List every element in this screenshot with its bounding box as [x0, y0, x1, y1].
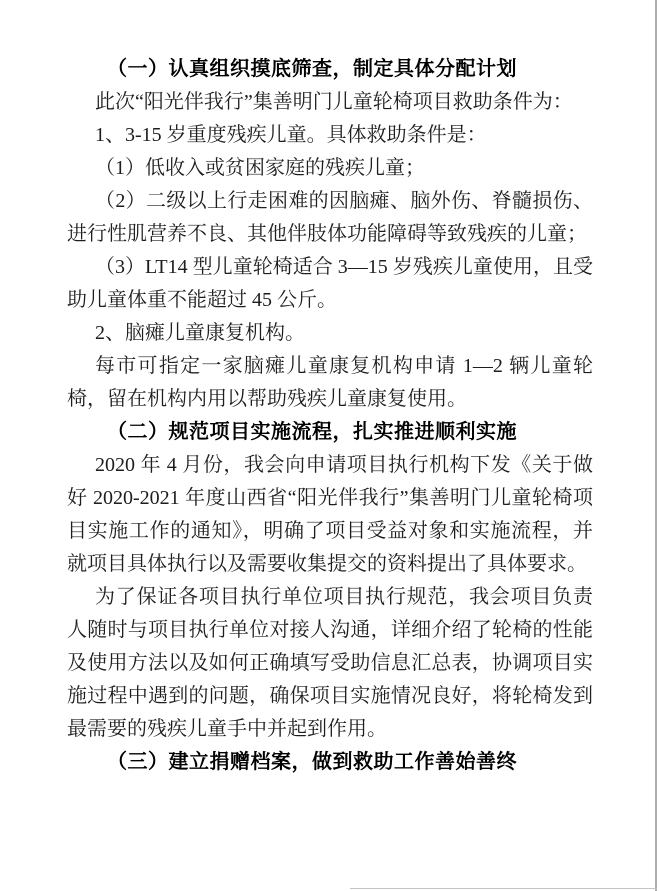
- paragraph: 为了保证各项目执行单位项目执行规范，我会项目负责人随时与项目执行单位对接人沟通，…: [67, 581, 593, 746]
- paragraph: 每市可指定一家脑瘫儿童康复机构申请 1—2 辆儿童轮椅，留在机构内用以帮助残疾儿…: [67, 350, 593, 416]
- paragraph: 1、3-15 岁重度残疾儿童。具体救助条件是：: [67, 119, 593, 152]
- paragraph: （1）低收入或贫困家庭的残疾儿童；: [67, 152, 593, 185]
- paragraph: （3）LT14 型儿童轮椅适合 3—15 岁残疾儿童使用，且受助儿童体重不能超过…: [67, 251, 593, 317]
- document-content: （一）认真组织摸底筛查，制定具体分配计划此次“阳光伴我行”集善明门儿童轮椅项目救…: [67, 53, 593, 779]
- section-heading-1: （一）认真组织摸底筛查，制定具体分配计划: [67, 53, 593, 86]
- page-bottom-edge: [350, 888, 657, 889]
- section-heading-2: （二）规范项目实施流程，扎实推进顺利实施: [67, 416, 593, 449]
- page-right-edge: [655, 0, 657, 891]
- paragraph: （2）二级以上行走困难的因脑瘫、脑外伤、脊髓损伤、进行性肌营养不良、其他伴肢体功…: [67, 185, 593, 251]
- paragraph: 此次“阳光伴我行”集善明门儿童轮椅项目救助条件为：: [67, 86, 593, 119]
- section-heading-3: （三）建立捐赠档案，做到救助工作善始善终: [67, 746, 593, 779]
- document-page: （一）认真组织摸底筛查，制定具体分配计划此次“阳光伴我行”集善明门儿童轮椅项目救…: [0, 0, 659, 891]
- paragraph: 2、脑瘫儿童康复机构。: [67, 317, 593, 350]
- paragraph: 2020 年 4 月份，我会向申请项目执行机构下发《关于做好 2020-2021…: [67, 449, 593, 581]
